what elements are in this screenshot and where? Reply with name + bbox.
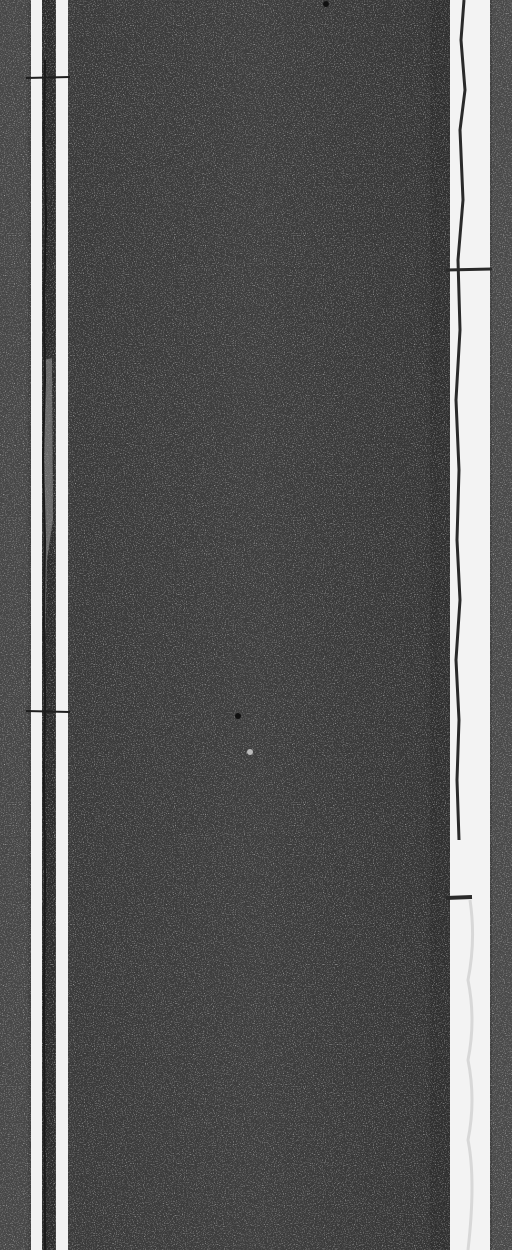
transverse-joint-3	[26, 711, 70, 712]
transverse-joint-4	[446, 897, 472, 898]
transverse-joint-1	[26, 77, 70, 78]
pavement-image	[0, 0, 512, 1250]
debris-dark	[235, 713, 241, 719]
asphalt-grain	[0, 0, 512, 1250]
debris-top	[323, 1, 329, 7]
debris-light	[247, 749, 253, 755]
transverse-joint-2	[446, 269, 492, 270]
left-line-outer	[31, 0, 42, 1250]
left-line-inner	[56, 0, 68, 1250]
